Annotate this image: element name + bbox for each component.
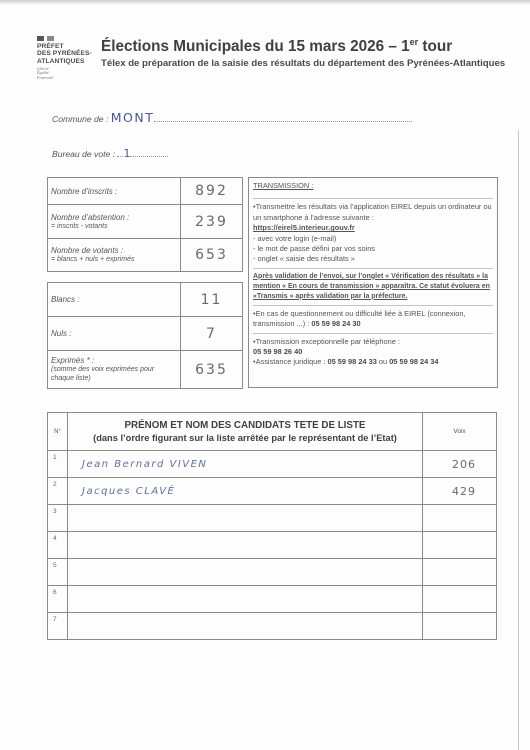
transmission-warning: Après validation de l’envoi, sur l’ongle… <box>253 272 493 302</box>
commune-label: Commune de : <box>52 114 108 124</box>
ballots-table: Blancs : 11 Nuls : 7 Exprimés * :(somme … <box>47 282 243 389</box>
candidate-votes-field[interactable] <box>423 613 497 640</box>
stat-row-exprimes: Exprimés * :(somme des voix exprimées po… <box>48 351 243 389</box>
turnout-table: Nombre d’inscrits : 892 Nombre d’abstent… <box>47 177 243 272</box>
step-login: - avec votre login (e-mail) <box>253 234 493 244</box>
step-password: - le mot de passe défini par vos soins <box>253 244 493 254</box>
stat-row-nuls: Nuls : 7 <box>48 317 243 351</box>
nuls-value[interactable]: 7 <box>181 317 243 351</box>
page-title: Élections Municipales du 15 mars 2026 – … <box>101 37 452 56</box>
exprimes-value[interactable]: 635 <box>181 351 243 389</box>
candidate-name-field[interactable] <box>68 559 423 586</box>
candidate-name-field[interactable] <box>68 505 423 532</box>
candidate-name-field[interactable] <box>68 586 423 613</box>
candidate-votes-field[interactable] <box>423 505 497 532</box>
candidate-row: 1Jean Bernard VIVEN206 <box>48 451 497 478</box>
phone-number: 05 59 98 26 40 <box>253 347 302 356</box>
legal-phone-1: 05 59 98 24 33 <box>328 357 377 366</box>
bureau-value[interactable]: 1 <box>123 147 130 160</box>
candidate-number: 2 <box>48 478 68 505</box>
bureau-dotted-line <box>130 155 168 157</box>
candidate-votes-field[interactable] <box>423 532 497 559</box>
candidate-votes-field[interactable] <box>423 559 497 586</box>
candidate-number: 5 <box>48 559 68 586</box>
legal-text: •Assistance juridique : <box>253 357 325 366</box>
phone-text: •Transmission exceptionnelle par télépho… <box>253 337 493 347</box>
candidate-row: 4 <box>48 532 497 559</box>
blancs-value[interactable]: 11 <box>181 283 243 317</box>
candidate-row: 7 <box>48 613 497 640</box>
col-name-header: PRÉNOM ET NOM DES CANDIDATS TETE DE LIST… <box>68 413 423 451</box>
candidate-name-field[interactable]: Jean Bernard VIVEN <box>68 451 423 478</box>
scan-top-shadow <box>0 0 530 5</box>
candidate-row: 3 <box>48 505 497 532</box>
commune-field: Commune de : MONT <box>52 110 412 125</box>
logo-name: PRÉFET DES PYRÉNÉES- ATLANTIQUES <box>37 43 99 65</box>
logo-motto: Liberté Égalité Fraternité <box>37 67 99 80</box>
support-phone: 05 59 98 24 30 <box>311 319 360 328</box>
candidate-name-field[interactable] <box>68 613 423 640</box>
stat-row-inscrits: Nombre d’inscrits : 892 <box>48 178 243 205</box>
bureau-field: Bureau de vote : 1 <box>52 147 168 160</box>
candidate-votes-field[interactable] <box>423 586 497 613</box>
candidate-name-field[interactable]: Jacques CLAVÉ <box>68 478 423 505</box>
candidate-row: 2Jacques CLAVÉ429 <box>48 478 497 505</box>
page-subtitle: Télex de préparation de la saisie des ré… <box>101 58 505 69</box>
stat-row-votants: Nombre de votants := blancs + nuls + exp… <box>48 239 243 272</box>
scan-page-edge <box>518 130 519 750</box>
candidates-table: N° PRÉNOM ET NOM DES CANDIDATS TETE DE L… <box>47 412 497 640</box>
legal-phone-2: 05 59 98 24 34 <box>389 357 438 366</box>
candidate-number: 1 <box>48 451 68 478</box>
candidate-number: 6 <box>48 586 68 613</box>
stat-row-abstention: Nombre d’abstention := inscrits - votant… <box>48 205 243 239</box>
candidate-row: 5 <box>48 559 497 586</box>
candidates-header: N° PRÉNOM ET NOM DES CANDIDATS TETE DE L… <box>48 413 497 451</box>
commune-dotted-line <box>154 120 412 122</box>
col-votes-header: Voix <box>423 413 497 451</box>
prefecture-logo: PRÉFET DES PYRÉNÉES- ATLANTIQUES Liberté… <box>37 36 99 80</box>
abstention-value[interactable]: 239 <box>181 205 243 239</box>
candidate-row: 6 <box>48 586 497 613</box>
transmission-box: TRANSMISSION : •Transmettre les résultat… <box>248 177 498 388</box>
bureau-label: Bureau de vote : <box>52 149 115 159</box>
candidate-votes-field[interactable]: 429 <box>423 478 497 505</box>
transmission-heading: TRANSMISSION : <box>253 181 493 191</box>
eirel-link[interactable]: https://eirel5.interieur.gouv.fr <box>253 223 493 233</box>
candidate-name-field[interactable] <box>68 532 423 559</box>
commune-value[interactable]: MONT <box>111 110 155 125</box>
col-num-header: N° <box>48 413 68 451</box>
step-tab: - onglet « saisie des résultats » <box>253 254 493 264</box>
marianne-flag-icon <box>37 36 99 41</box>
transmission-intro: •Transmettre les résultats via l’applica… <box>253 202 493 223</box>
votants-value[interactable]: 653 <box>181 239 243 272</box>
candidate-number: 7 <box>48 613 68 640</box>
stat-row-blancs: Blancs : 11 <box>48 283 243 317</box>
candidate-number: 4 <box>48 532 68 559</box>
inscrits-value[interactable]: 892 <box>181 178 243 205</box>
candidate-votes-field[interactable]: 206 <box>423 451 497 478</box>
candidate-number: 3 <box>48 505 68 532</box>
